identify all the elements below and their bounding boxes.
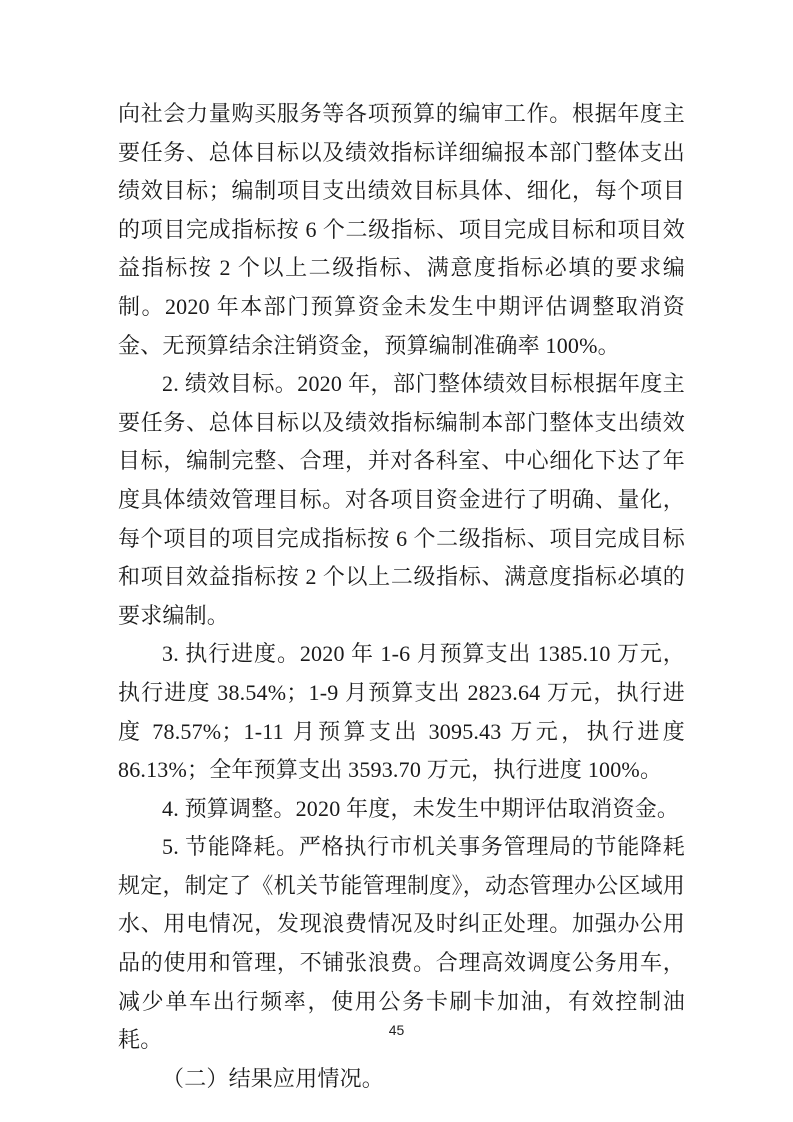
paragraph-execution-progress: 3. 执行进度。2020 年 1-6 月预算支出 1385.10 万元，执行进度… [118,635,685,789]
document-page: 向社会力量购买服务等各项预算的编审工作。根据年度主要任务、总体目标以及绩效指标详… [0,0,793,1122]
paragraph-budget-review-continuation: 向社会力量购买服务等各项预算的编审工作。根据年度主要任务、总体目标以及绩效指标详… [118,95,685,365]
paragraph-result-application-heading: （二）结果应用情况。 [118,1060,685,1099]
page-number: 45 [0,1022,793,1038]
paragraph-performance-goals: 2. 绩效目标。2020 年，部门整体绩效目标根据年度主要任务、总体目标以及绩效… [118,365,685,635]
paragraph-budget-adjustment: 4. 预算调整。2020 年度，未发生中期评估取消资金。 [118,790,685,829]
document-body: 向社会力量购买服务等各项预算的编审工作。根据年度主要任务、总体目标以及绩效指标详… [118,95,685,1098]
